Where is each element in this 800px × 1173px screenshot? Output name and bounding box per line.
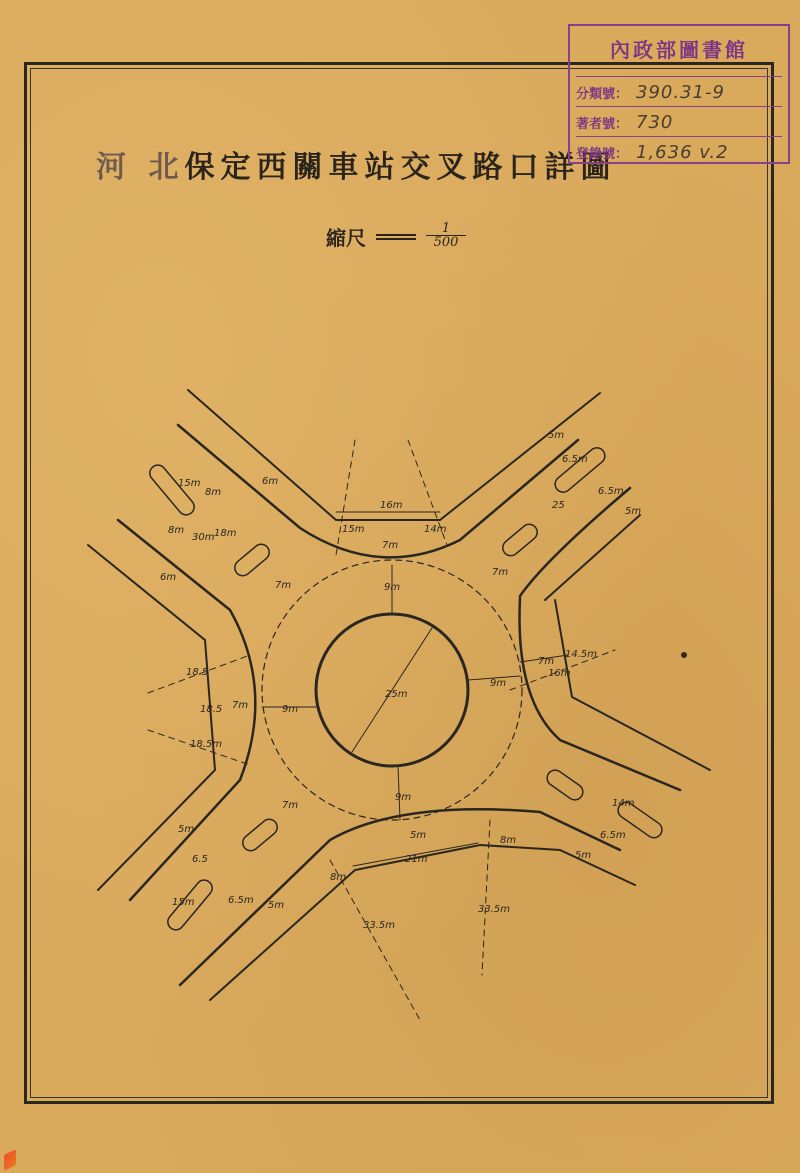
- label-nw-6: 6m: [262, 476, 278, 487]
- label-sw-65: 6.5: [192, 854, 208, 865]
- label-south-radius-left: 33.5m: [363, 920, 395, 931]
- ne-road-outer-edge: [545, 515, 640, 600]
- nw-small-island: [232, 541, 273, 579]
- label-west-width-lower: 18.5m: [190, 739, 222, 750]
- north-road-inner-edge: [178, 425, 578, 557]
- label-nw-8: 8m: [205, 487, 221, 498]
- label-south-segment: 21m: [405, 854, 428, 865]
- label-ring-north: 9m: [384, 582, 400, 593]
- se-small-island: [544, 767, 586, 803]
- east-road-outer-edge: [555, 600, 710, 770]
- label-nw-island-length: 15m: [178, 478, 201, 489]
- label-south-corner-left: 8m: [330, 872, 346, 883]
- intersection-plan-drawing: 25m 16m 15m 14m 7m 9m 7m 9m 18.5 18.5 18…: [0, 0, 800, 1173]
- label-nw-8b: 8m: [168, 525, 184, 536]
- label-ne-65b: 6.5m: [598, 486, 624, 497]
- label-sw-5b: 5m: [268, 900, 284, 911]
- label-se-5: 5m: [575, 850, 591, 861]
- label-nw-18: 18m: [214, 528, 237, 539]
- ink-blot: [681, 652, 687, 658]
- label-south-gap: 5m: [410, 830, 426, 841]
- label-east-width-lower: 16m: [548, 668, 571, 679]
- construction-line: [482, 820, 490, 975]
- label-ne-65: 6.5m: [562, 454, 588, 465]
- label-ne-lane: 7m: [492, 567, 508, 578]
- label-south-radius-right: 33.5m: [478, 904, 510, 915]
- label-west-lane: 7m: [232, 700, 248, 711]
- label-east-width-upper: 14.5m: [565, 649, 597, 660]
- east-road-inner-edge: [520, 598, 681, 790]
- label-north-corner-right: 14m: [424, 524, 447, 535]
- label-ne-5b: 5m: [625, 506, 641, 517]
- label-sw-5: 5m: [178, 824, 194, 835]
- label-north-lane: 7m: [382, 540, 398, 551]
- label-east-lane: 7m: [538, 656, 554, 667]
- label-north-width: 16m: [380, 500, 403, 511]
- west-road-outer-edge: [88, 545, 215, 890]
- label-sw-65b: 6.5m: [228, 895, 254, 906]
- label-nw-30: 30m: [192, 532, 215, 543]
- label-ne-5: 5m: [548, 430, 564, 441]
- label-ring-south: 9m: [395, 792, 411, 803]
- label-west-width-upper: 18.5: [186, 667, 208, 678]
- label-sw-lane: 7m: [282, 800, 298, 811]
- ne-road-inner-edge: [520, 488, 630, 596]
- label-nw-lane: 7m: [275, 580, 291, 591]
- south-road-outer-edge: [210, 845, 635, 1000]
- label-ring-west: 9m: [282, 704, 298, 715]
- sw-small-island: [240, 816, 281, 854]
- ne-small-island: [500, 521, 541, 559]
- label-sw-15: 15m: [172, 897, 195, 908]
- label-west-width: 18.5: [200, 704, 222, 715]
- label-island-diameter: 25m: [385, 689, 408, 700]
- construction-line: [330, 860, 420, 1020]
- label-north-corner-left: 15m: [342, 524, 365, 535]
- nw-traffic-island: [147, 462, 198, 518]
- label-nw-6b: 6m: [160, 572, 176, 583]
- label-south-corner-right: 8m: [500, 835, 516, 846]
- label-ring-east: 9m: [490, 678, 506, 689]
- label-ne-25: 25: [552, 500, 565, 511]
- construction-line: [336, 440, 355, 555]
- label-se-65: 6.5m: [600, 830, 626, 841]
- label-se-14: 14m: [612, 798, 635, 809]
